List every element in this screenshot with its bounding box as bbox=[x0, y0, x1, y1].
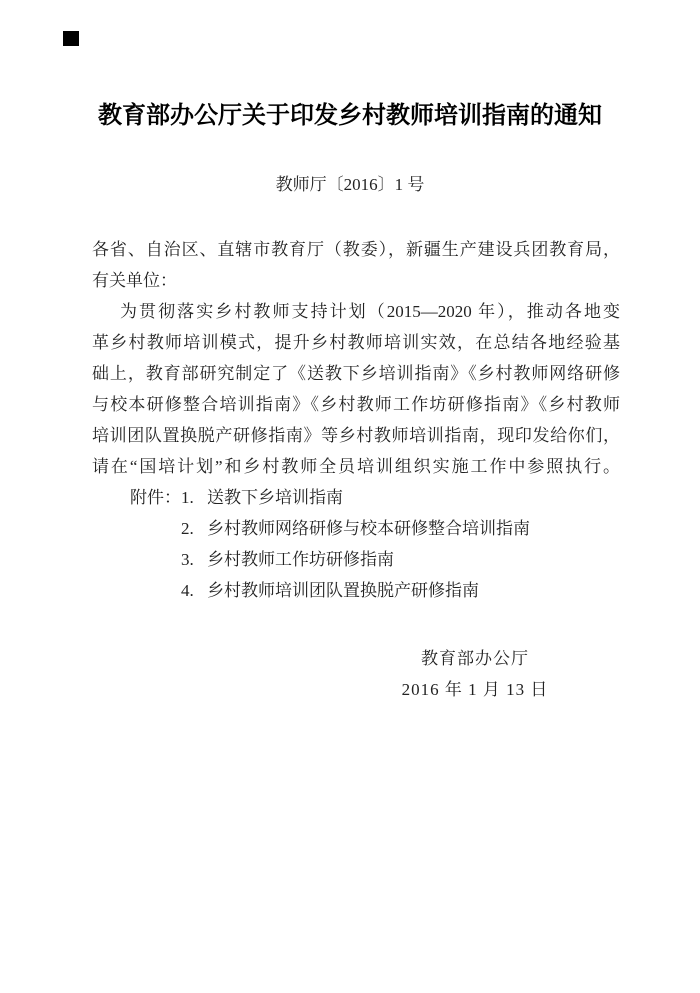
document-title: 教育部办公厅关于印发乡村教师培训指南的通知 bbox=[0, 99, 700, 132]
attachment-title: 乡村教师网络研修与校本研修整合培训指南 bbox=[207, 519, 530, 538]
signature-date: 2016 年 1 月 13 日 bbox=[386, 674, 564, 705]
body-line: 革乡村教师培训模式，提升乡村教师培训实效，在总结各地经验基 bbox=[92, 327, 620, 358]
signature-block: 教育部办公厅 2016 年 1 月 13 日 bbox=[386, 643, 564, 705]
document-page: 教育部办公厅关于印发乡村教师培训指南的通知 教师厅〔2016〕1 号 各省、自治… bbox=[0, 0, 700, 993]
attachments-label: 附件： bbox=[130, 488, 181, 507]
attachment-title: 送教下乡培训指南 bbox=[207, 488, 343, 507]
body-line: 为贯彻落实乡村教师支持计划（2015—2020 年），推动各地变 bbox=[92, 296, 620, 327]
attachment-item: 2.乡村教师网络研修与校本研修整合培训指南 bbox=[181, 513, 620, 544]
body-line: 与校本研修整合培训指南》《乡村教师工作坊研修指南》《乡村教师 bbox=[92, 389, 620, 420]
body-line: 有关单位： bbox=[92, 265, 620, 296]
body-line: 础上，教育部研究制定了《送教下乡培训指南》《乡村教师网络研修 bbox=[92, 358, 620, 389]
signature-issuer: 教育部办公厅 bbox=[386, 643, 564, 674]
attachment-number: 1. bbox=[181, 482, 207, 513]
attachment-number: 2. bbox=[181, 513, 207, 544]
attachment-number: 3. bbox=[181, 544, 207, 575]
attachment-item: 附件：1.送教下乡培训指南 bbox=[130, 482, 620, 513]
body-line: 培训团队置换脱产研修指南》等乡村教师培训指南，现印发给你们， bbox=[92, 420, 620, 451]
attachment-item: 4.乡村教师培训团队置换脱产研修指南 bbox=[181, 575, 620, 606]
document-number: 教师厅〔2016〕1 号 bbox=[0, 174, 700, 196]
attachment-item: 3.乡村教师工作坊研修指南 bbox=[181, 544, 620, 575]
attachment-title: 乡村教师工作坊研修指南 bbox=[207, 550, 394, 569]
scan-artifact-mark bbox=[63, 31, 79, 46]
body-line: 各省、自治区、直辖市教育厅（教委），新疆生产建设兵团教育局， bbox=[92, 234, 620, 265]
document-body: 各省、自治区、直辖市教育厅（教委），新疆生产建设兵团教育局， 有关单位： 为贯彻… bbox=[92, 234, 620, 606]
attachment-title: 乡村教师培训团队置换脱产研修指南 bbox=[207, 581, 479, 600]
attachment-number: 4. bbox=[181, 575, 207, 606]
body-line: 请在“国培计划”和乡村教师全员培训组织实施工作中参照执行。 bbox=[92, 451, 620, 482]
